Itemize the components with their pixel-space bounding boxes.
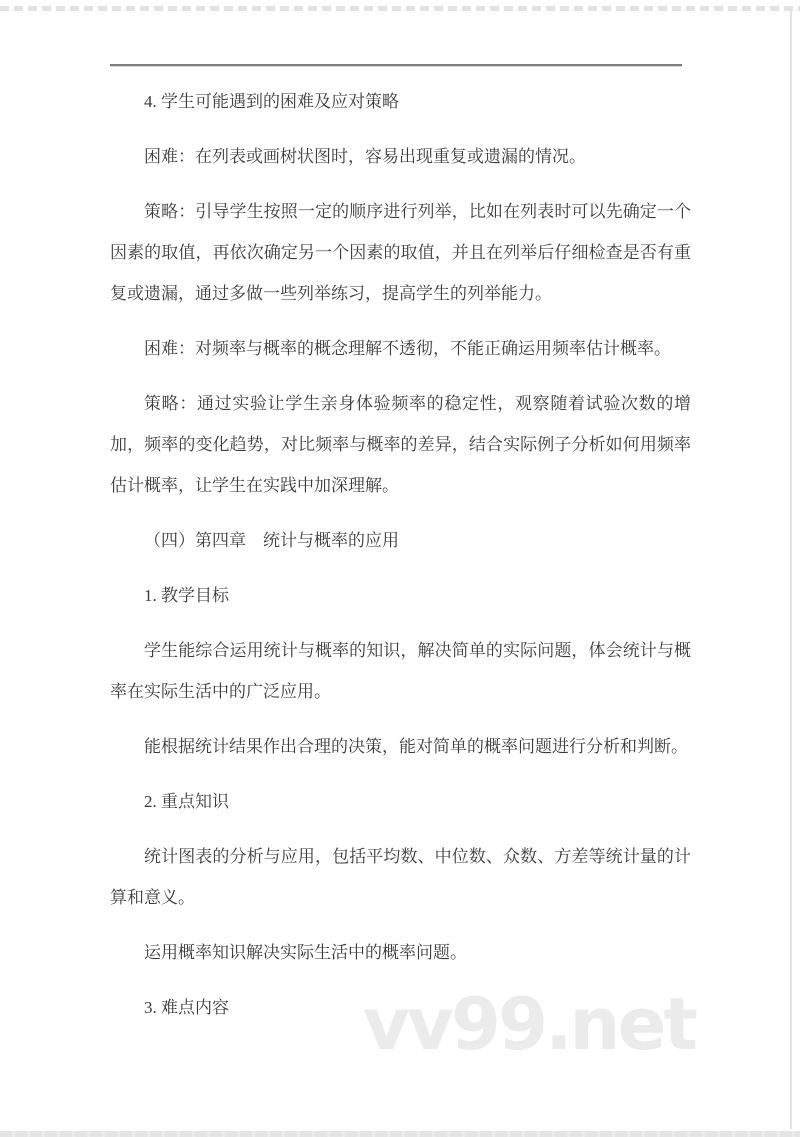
page-top-edge [0, 6, 800, 11]
paragraph: 困难：对频率与概率的概念理解不透彻，不能正确运用频率估计概率。 [110, 328, 691, 369]
page-right-edge [790, 10, 792, 1129]
watermark-text: vv99.net [363, 988, 695, 1060]
paragraph: 2. 重点知识 [110, 781, 691, 822]
document-page: 4. 学生可能遇到的困难及应对策略困难：在列表或画树状图时，容易出现重复或遗漏的… [0, 0, 800, 1137]
paragraph: 运用概率知识解决实际生活中的概率问题。 [110, 932, 691, 973]
paragraph: 策略：引导学生按照一定的顺序进行列举，比如在列表时可以先确定一个因素的取值，再依… [110, 191, 691, 314]
section-divider-line [110, 64, 682, 66]
paragraph: 困难：在列表或画树状图时，容易出现重复或遗漏的情况。 [110, 136, 691, 177]
paragraph: 统计图表的分析与应用，包括平均数、中位数、众数、方差等统计量的计算和意义。 [110, 836, 691, 918]
paragraph: 策略：通过实验让学生亲身体验频率的稳定性，观察随着试验次数的增加，频率的变化趋势… [110, 383, 691, 506]
paragraph: 1. 教学目标 [110, 575, 691, 616]
paragraph: 学生能综合运用统计与概率的知识，解决简单的实际问题，体会统计与概率在实际生活中的… [110, 630, 691, 712]
page-bottom-edge [0, 1131, 800, 1137]
document-body: 4. 学生可能遇到的困难及应对策略困难：在列表或画树状图时，容易出现重复或遗漏的… [110, 81, 691, 1042]
paragraph: （四）第四章 统计与概率的应用 [110, 520, 691, 561]
paragraph: 能根据统计结果作出合理的决策，能对简单的概率问题进行分析和判断。 [110, 726, 691, 767]
paragraph: 4. 学生可能遇到的困难及应对策略 [110, 81, 691, 122]
